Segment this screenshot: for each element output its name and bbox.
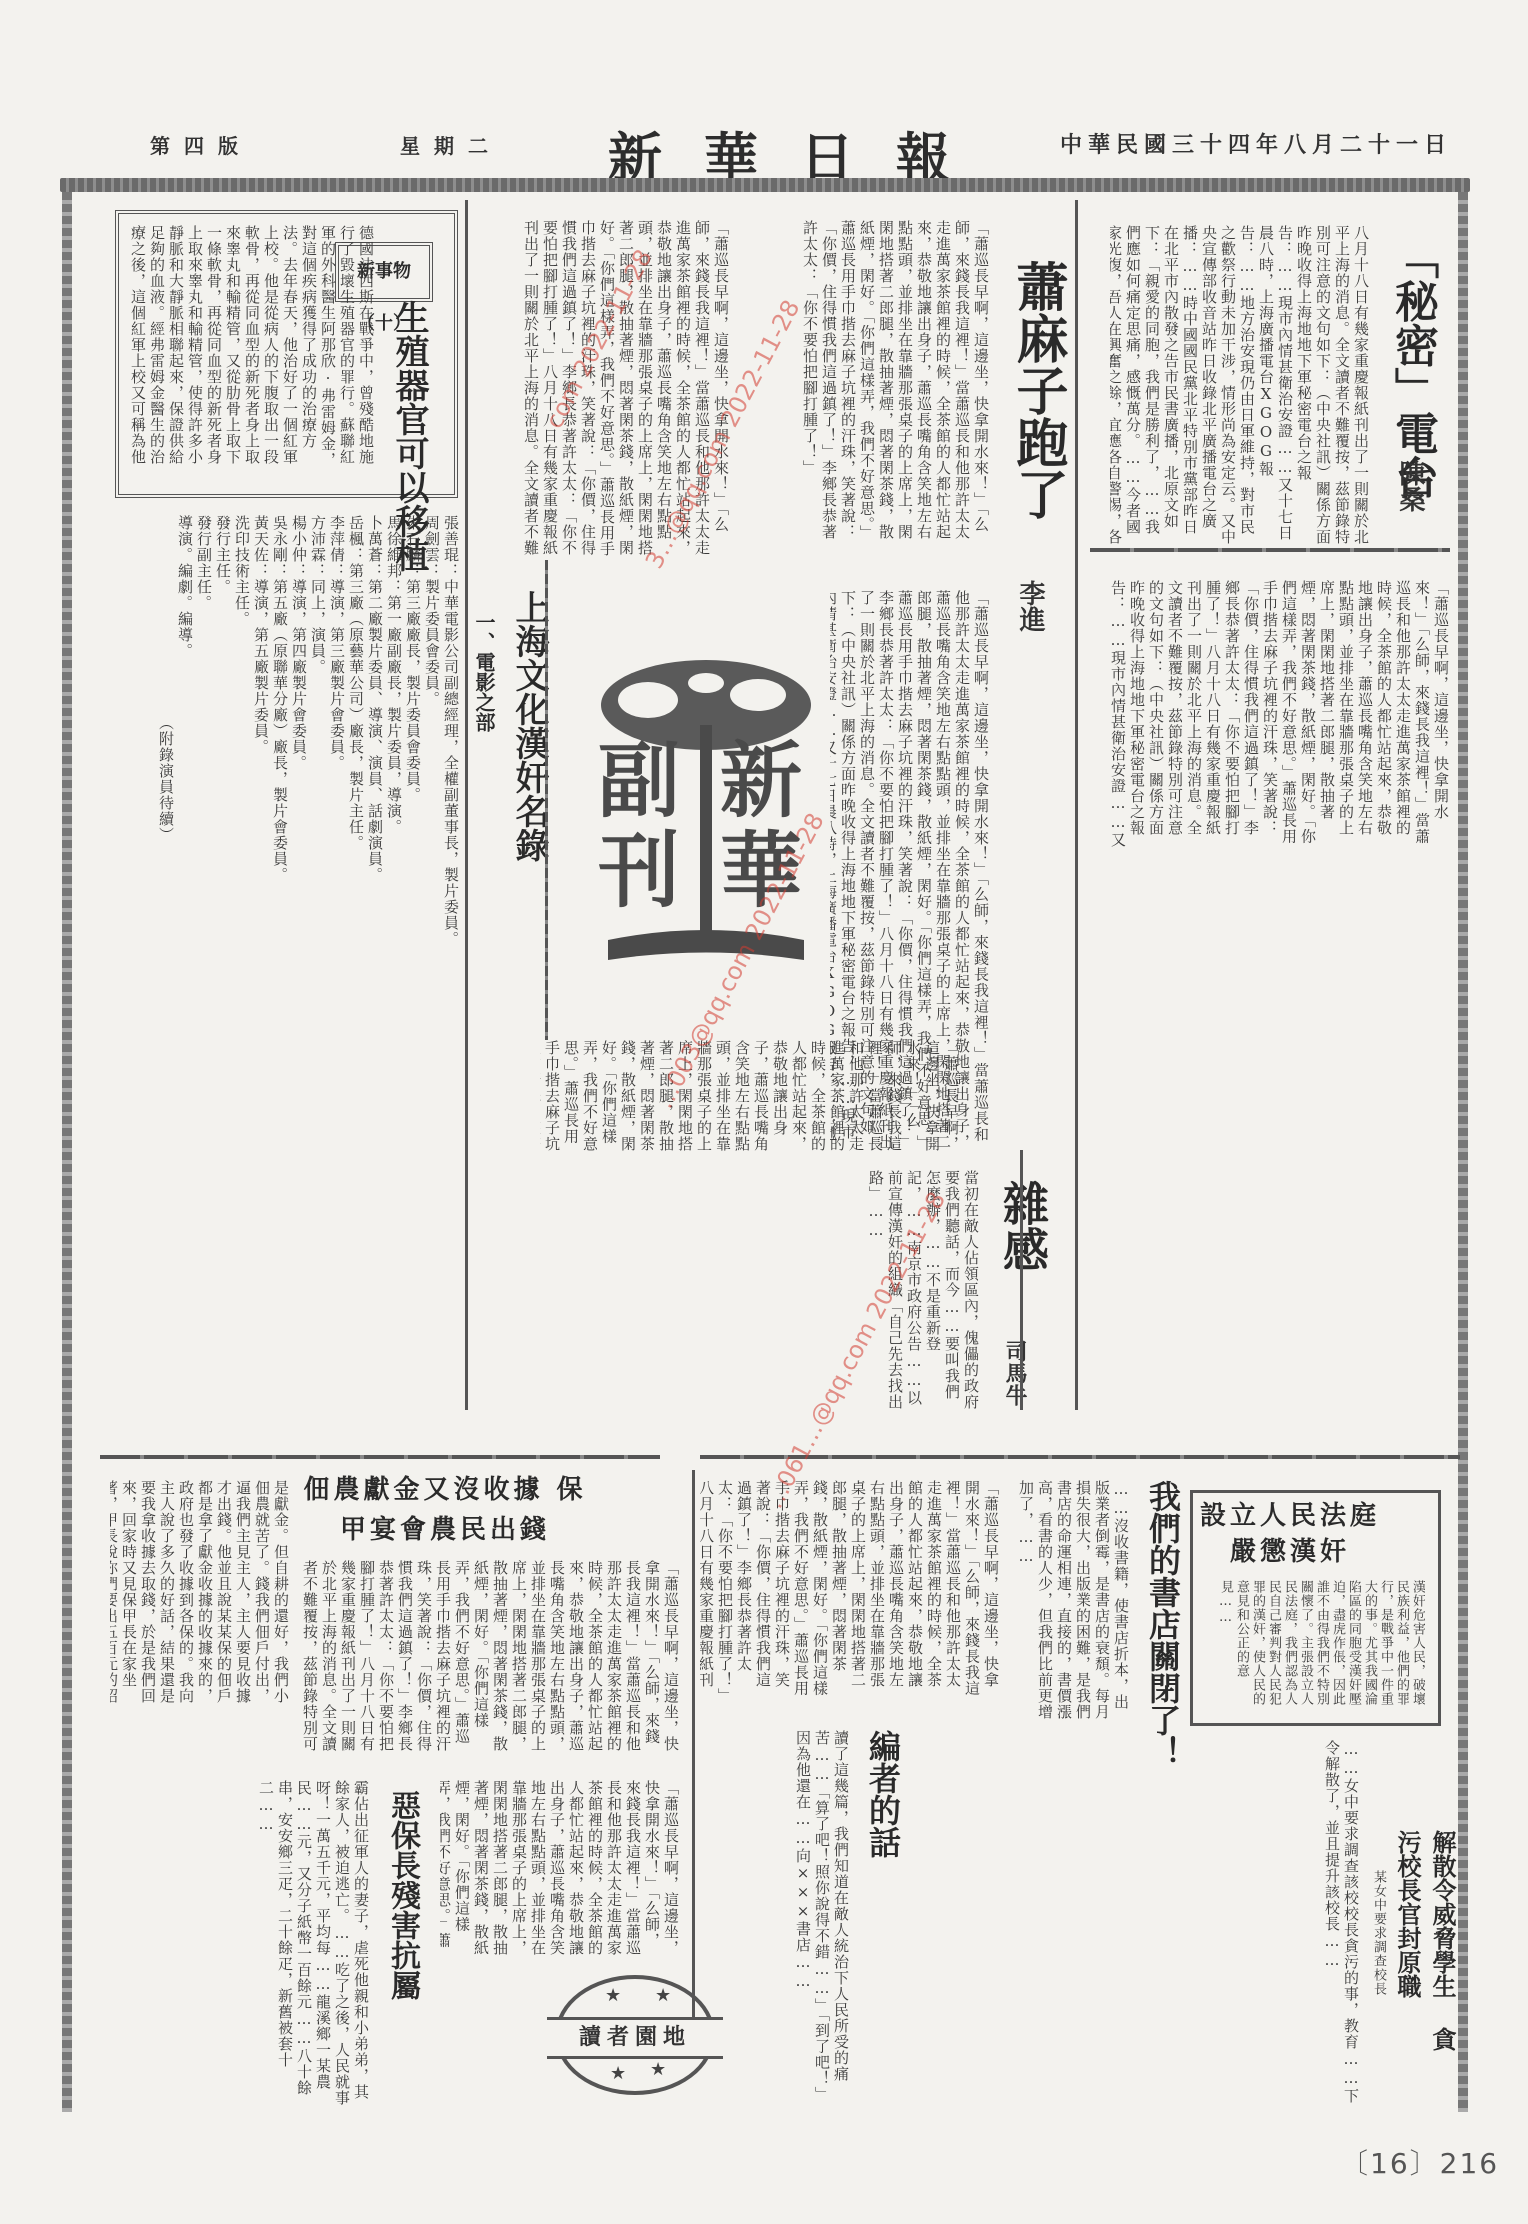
list-item: 李萍倩：導演，第三廠製片會委員。 <box>327 515 346 1415</box>
column-rule <box>465 200 468 1410</box>
article-author: 李進 <box>1012 580 1049 632</box>
right-border <box>1458 192 1468 2112</box>
emblem-label: 讀者園地 <box>547 2017 723 2059</box>
article-body: 八月十八日有幾家重慶報紙刊出了一則關於北平上海的消息。全文讀者不難覆按，茲節錄特… <box>1110 225 1370 545</box>
list-item: 卜萬蒼：第二廠製片委員、導演、演員、話劇演員。 <box>365 515 384 1415</box>
article-title: 佃農獻金又沒收據 保甲宴會農民出錢 <box>300 1470 590 1550</box>
section-divider <box>100 1455 660 1459</box>
list-item: 方沛霖：同上，演員。 <box>308 515 327 1415</box>
section-divider <box>1090 548 1450 552</box>
readers-corner-emblem: ★ ★ ★ ★ 讀者園地 <box>555 1975 715 2095</box>
star-icon: ★ <box>655 1985 671 2006</box>
xinhua-supplement-logo: 新 華 副 刊 <box>588 655 824 975</box>
article-body-continued: 「蕭巡長早啊，這邊坐，快拿開水來！」「么師，來錢長我這裡！」當蕭巡長和他那許太太… <box>300 1560 680 1760</box>
article-subtitle: 某女中要求調查校長貪污的…… <box>1370 1870 1388 2000</box>
star-icon: ★ <box>605 1985 621 2006</box>
article-body-continued: 「蕭巡長早啊，這邊坐，快拿開水來！」「么師，來錢長我這裡！」當蕭巡長和他那許太太… <box>700 1480 1000 1700</box>
publication-date: 中華民國三十四年八月二十一日 <box>1060 128 1452 159</box>
article-body-continued: 「蕭巡長早啊，這邊坐，快拿開水來！」「么師，來錢長我這裡！」當蕭巡長和他那許太太… <box>1110 580 1450 850</box>
traitor-list: 張善琨：中華電影公司副總經理，全權副董事長，製片委員。 周劍雲：製片委員會委員。… <box>80 515 460 1415</box>
article-title: 編者的話 <box>860 1730 906 1858</box>
article-body-continued: 「蕭巡長早啊，這邊坐，快拿開水來！」「么師，來錢長我這裡！」當蕭巡長和他那許太太… <box>440 1780 680 1960</box>
masthead-rule <box>60 178 1470 192</box>
list-item: 黃天佐：導演，第五廠製片委員。 <box>251 515 270 1415</box>
article-title: 設立人民法庭 嚴懲漢奸 <box>1200 1498 1380 1570</box>
article-title: 我們的書店關閉了！ <box>1140 1480 1186 1768</box>
list-item: 發行主任。 <box>213 515 232 1415</box>
article-body: 漢奸危害人民，破壞民族利益，他們的罪行，是戰爭中一件重大的事。尤其我國淪陷區的同… <box>1200 1580 1425 1710</box>
column-rule <box>692 1470 695 2030</box>
list-item: 發行副主任。 <box>194 515 213 1415</box>
article-subtitle: 一、電影之部 <box>470 612 499 732</box>
star-icon: ★ <box>610 2063 626 2084</box>
article-title: 雜感 <box>990 1180 1056 1272</box>
article-title: 蕭麻子跑了 <box>1000 260 1075 520</box>
article-body: 德國法西斯在戰爭中，曾殘酷地施行了毀壞生殖器官的罪行。蘇聯紅軍的外科醫生阿那欣·… <box>130 225 375 480</box>
logo-char-fu: 副 <box>598 740 680 822</box>
list-item: 洗印技術主任。 <box>232 515 251 1415</box>
edition-label: 第四版 <box>150 130 252 159</box>
list-item: 導演。編劇。編導。 <box>175 515 194 1415</box>
list-item: 張善琨：中華電影公司副總經理，全權副董事長，製片委員。 <box>441 515 460 1415</box>
article-body-continued: 「蕭巡長早啊，這邊坐，快拿開水來！」「么師，來錢長我這裡！」當蕭巡長和他那許太太… <box>540 1040 960 1160</box>
list-item: 吳永剛：第五廠（原聯華分廠）廠長，製片會委員。 <box>270 515 289 1415</box>
left-border <box>62 192 72 2112</box>
column-rule <box>1020 1150 1023 1410</box>
list-item: 岳楓：第三廠（原藝華公司）廠長，製片主任。 <box>346 515 365 1415</box>
list-item: 馬徐維邦：第一廠副廠長，製片委員，導演。 <box>384 515 403 1415</box>
logo-char-xin: 新 <box>720 740 802 822</box>
column-rule-wavy <box>545 560 548 1040</box>
list-item: 楊小仲：導演，第四廠製片會委員。 <box>289 515 308 1415</box>
article-body: ……沒收書籍，使書店折本，出版業者倒霉，是書店的衰頹。每月損失很大，出版業的困難… <box>1010 1480 1130 1720</box>
footnote: （附錄演員待續） <box>156 715 175 1415</box>
article-body: 是獻金。但自耕的還好，我們小佃農就苦了。錢我們佃戶付出，逼我們主見主人，主人要見… <box>110 1480 290 1710</box>
article-title: 解散令威脅學生 貪污校長官封原職 <box>1390 1830 1460 2070</box>
weekday-label: 星期二 <box>400 130 502 159</box>
star-icon: ★ <box>650 2059 666 2080</box>
article-body: 讀了這幾篇，我們知道在敵人統治下人民所受的痛苦……「算了吧！照你說得不錯……」「… <box>720 1730 850 2110</box>
article-title: 惡保長殘害抗屬 <box>380 1790 424 2000</box>
page-number: 〔16〕216 <box>1340 2142 1499 2182</box>
logo-char-kan: 刊 <box>598 830 680 912</box>
list-item: 朱石麟：第三廠廠長，製片委員會委員。 <box>403 515 422 1415</box>
column-rule <box>1075 200 1078 1410</box>
article-body: 「蕭巡長早啊，這邊坐，快拿開水來！」「么師，來錢長我這裡！」當蕭巡長和他那許太太… <box>740 220 990 550</box>
article-body: 霸佔出征軍人的妻子，虐死他親和小弟弟，其餘家人，被迫逃亡。……吃了之後，人民就事… <box>110 1780 370 2110</box>
article-body: ……女中要求調查該校校長貪污的事，教育……下令解散了，並且提升該校長…… <box>1030 1740 1360 2110</box>
list-item: 周劍雲：製片委員會委員。 <box>422 515 441 1415</box>
article-author: 陳桑 <box>1392 460 1429 512</box>
article-author: 司馬牛 <box>1000 1340 1031 1406</box>
